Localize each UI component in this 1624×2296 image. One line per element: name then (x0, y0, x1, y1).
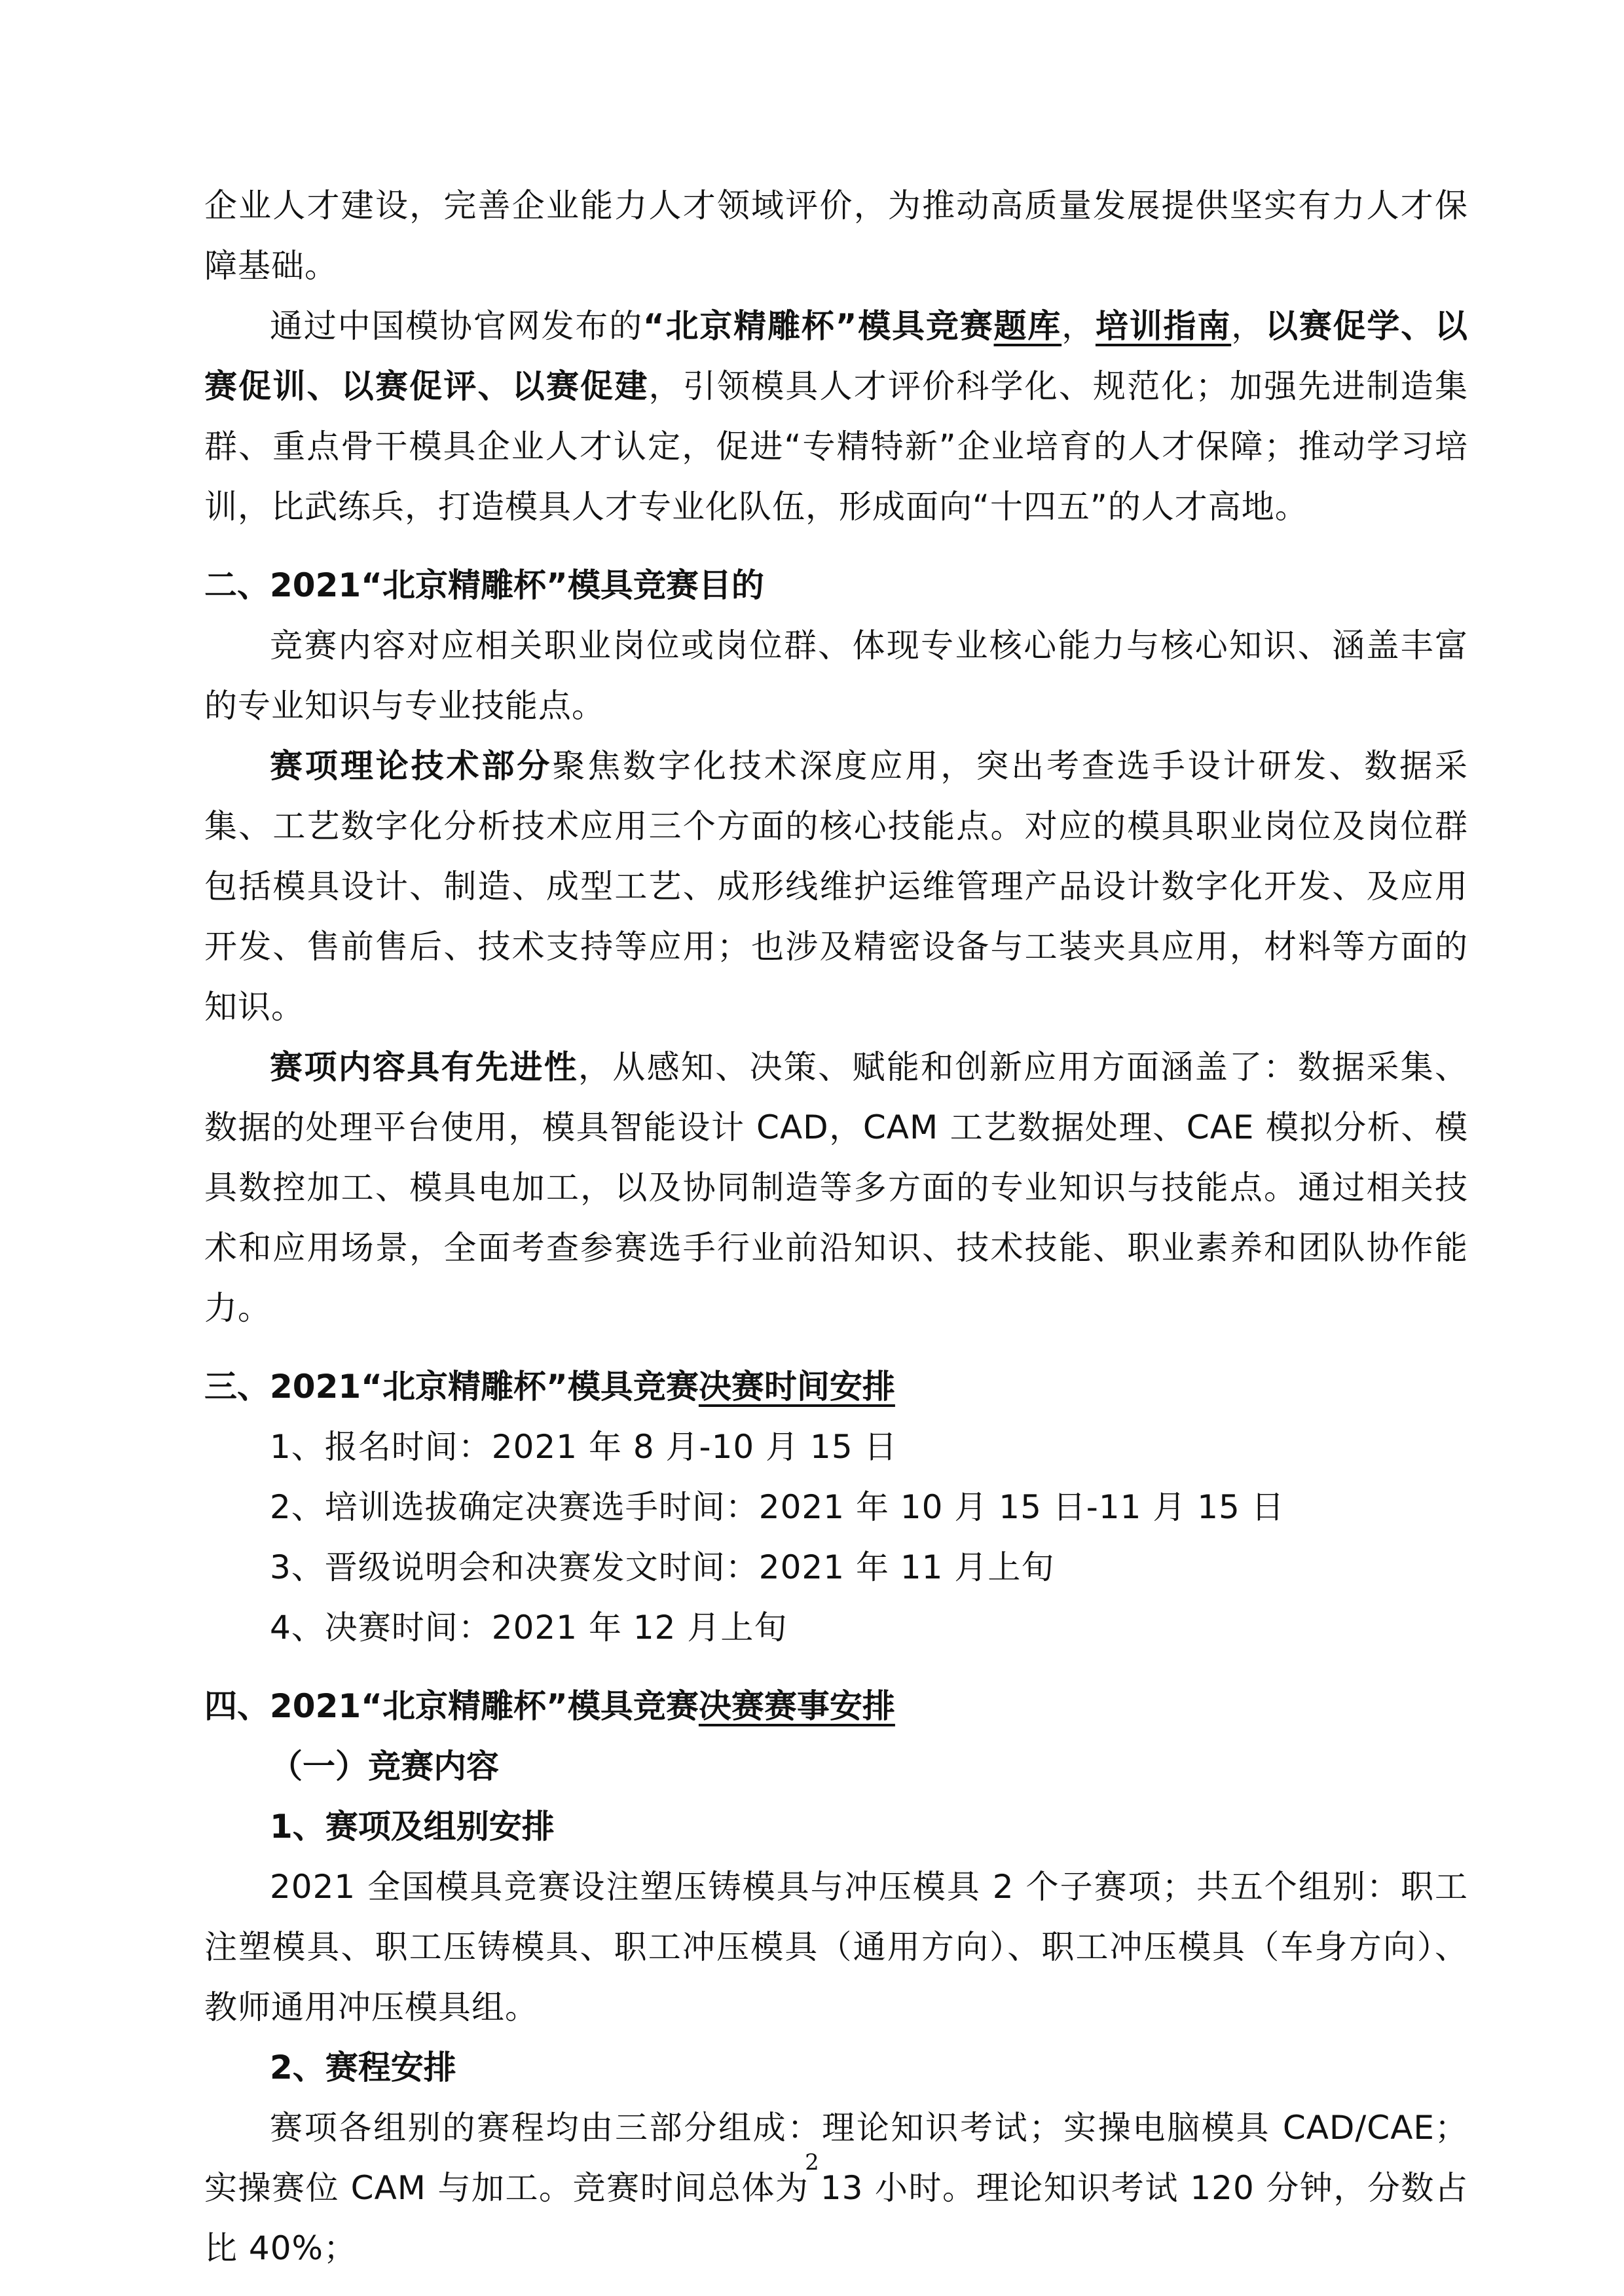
paragraph-section2-2: 赛项理论技术部分聚焦数字化技术深度应用，突出考查选手设计研发、数据采集、工艺数字… (204, 736, 1468, 1037)
paragraph-schedule: 赛项各组别的赛程均由三部分组成：理论知识考试；实操电脑模具 CAD/CAE；实操… (204, 2098, 1468, 2278)
section-heading-4: 四、2021“北京精雕杯”模具竞赛决赛赛事安排 (204, 1676, 1468, 1736)
document-page: 企业人才建设，完善企业能力人才领域评价，为推动高质量发展提供坚实有力人才保障基础… (204, 175, 1468, 2278)
section-heading-3: 三、2021“北京精雕杯”模具竞赛决赛时间安排 (204, 1357, 1468, 1417)
section-heading-2: 二、2021“北京精雕杯”模具竞赛目的 (204, 555, 1468, 615)
underlined-heading-text: 决赛赛事安排 (699, 1687, 895, 1725)
underlined-heading-text: 决赛时间安排 (699, 1368, 895, 1406)
paragraph-text: 企业人才建设，完善企业能力人才领域评价，为推动高质量发展提供坚实有力人才保障基础… (204, 187, 1468, 285)
subheading-schedule: 2、赛程安排 (204, 2037, 1468, 2098)
subheading-competition-content: （一）竞赛内容 (204, 1736, 1468, 1796)
paragraph-groups: 2021 全国模具竞赛设注塑压铸模具与冲压模具 2 个子赛项；共五个组别：职工注… (204, 1857, 1468, 2037)
paragraph-text: 通过中国模协官网发布的 (270, 307, 643, 345)
paragraph-text: 聚焦数字化技术深度应用，突出考查选手设计研发、数据采集、工艺数字化分析技术应用三… (204, 747, 1468, 1026)
heading-text: 三、2021“北京精雕杯”模具竞赛 (204, 1368, 699, 1406)
bold-lead: 赛项内容具有先进性 (270, 1048, 578, 1086)
underlined-question-bank: 题库 (994, 307, 1062, 345)
separator: ， (1061, 307, 1096, 345)
bold-competition-name: “北京精雕杯”模具竞赛 (643, 307, 994, 345)
paragraph-intro: 企业人才建设，完善企业能力人才领域评价，为推动高质量发展提供坚实有力人才保障基础… (204, 175, 1468, 296)
subheading-events-groups: 1、赛项及组别安排 (204, 1796, 1468, 1857)
page-number: 2 (0, 2149, 1624, 2176)
bold-lead: 赛项理论技术部分 (270, 747, 552, 785)
schedule-item: 2、培训选拔确定决赛选手时间：2021 年 10 月 15 日-11 月 15 … (204, 1477, 1468, 1537)
paragraph-section2-3: 赛项内容具有先进性，从感知、决策、赋能和创新应用方面涵盖了：数据采集、数据的处理… (204, 1037, 1468, 1338)
schedule-item: 1、报名时间：2021 年 8 月-10 月 15 日 (204, 1417, 1468, 1477)
separator: ， (1231, 307, 1265, 345)
paragraph-section2-1: 竞赛内容对应相关职业岗位或岗位群、体现专业核心能力与核心知识、涵盖丰富的专业知识… (204, 615, 1468, 736)
paragraph-platform: 通过中国模协官网发布的“北京精雕杯”模具竞赛题库，培训指南，以赛促学、以赛促训、… (204, 296, 1468, 537)
schedule-item: 4、决赛时间：2021 年 12 月上旬 (204, 1597, 1468, 1658)
paragraph-text: ，从感知、决策、赋能和创新应用方面涵盖了：数据采集、数据的处理平台使用，模具智能… (204, 1048, 1468, 1327)
schedule-item: 3、晋级说明会和决赛发文时间：2021 年 11 月上旬 (204, 1537, 1468, 1597)
heading-text: 四、2021“北京精雕杯”模具竞赛 (204, 1687, 699, 1725)
underlined-training-guide: 培训指南 (1096, 307, 1231, 345)
